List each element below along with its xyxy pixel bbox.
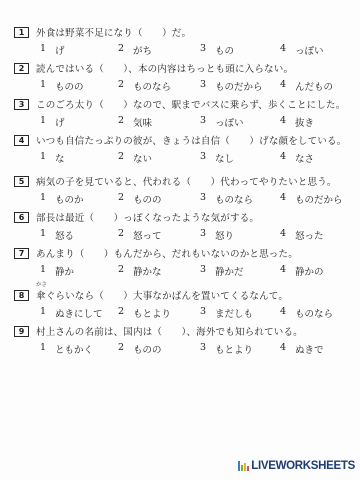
option-item[interactable]: 4ものなら xyxy=(280,306,360,320)
options-row: 1静か 2静かな 3静かだ 4静かの xyxy=(0,262,360,280)
option-item[interactable]: 3っぽい xyxy=(200,115,280,129)
option-item[interactable]: 4静かの xyxy=(280,264,360,278)
option-item[interactable]: 4なさ xyxy=(280,151,360,165)
question-stem: 読んではいる（ ）、本の内容はちっとも頭に入らない。 xyxy=(36,61,293,75)
question-number-box: 8 xyxy=(14,290,29,301)
liveworksheets-logo[interactable]: LIVEWORKSHEETS xyxy=(238,460,355,472)
question-stem: いつも自信たっぷりの彼が、きょうは自信（ ）げな顔をしている。 xyxy=(36,133,346,147)
option-item[interactable]: 2ものなら xyxy=(118,79,200,93)
option-item[interactable]: 2気味 xyxy=(118,115,200,129)
options-row: 1げ 2がち 3もの 4っぽい xyxy=(0,41,360,59)
option-item[interactable]: 2がち xyxy=(118,43,200,57)
question-6: 6 部長は最近（ ）っぽくなったような気がする。 1怒る 2怒って 3怒り 4怒… xyxy=(0,208,360,244)
option-item[interactable]: 2静かな xyxy=(118,264,200,278)
options-row: 1げ 2気味 3っぽい 4抜き xyxy=(0,113,360,131)
question-stem: 病気の子を見ていると、代われる（ ）代わってやりたいと思う。 xyxy=(36,174,337,188)
option-item[interactable]: 4んだもの xyxy=(280,79,360,93)
option-item[interactable]: 2もとより xyxy=(118,306,200,320)
option-item[interactable]: 4怒った xyxy=(280,228,360,242)
option-item[interactable]: 3ものなら xyxy=(200,192,280,206)
question-number-box: 3 xyxy=(14,99,29,110)
question-4: 4 いつも自信たっぷりの彼が、きょうは自信（ ）げな顔をしている。 1な 2ない… xyxy=(0,131,360,167)
logo-bar-blue xyxy=(238,461,240,471)
option-item[interactable]: 3もとより xyxy=(200,342,280,356)
question-2: 2 読んではいる（ ）、本の内容はちっとも頭に入らない。 1ものの 2ものなら … xyxy=(0,59,360,95)
option-item[interactable]: 1静か xyxy=(40,264,118,278)
option-item[interactable]: 4ぬきで xyxy=(280,342,360,356)
option-item[interactable]: 1ものか xyxy=(40,192,118,206)
options-row: 1ものか 2ものの 3ものなら 4ものだから xyxy=(0,190,360,208)
options-row: 1ものの 2ものなら 3ものだから 4んだもの xyxy=(0,77,360,95)
question-stem: 村上さんの名前は、国内は（ ）、海外でも知られている。 xyxy=(36,324,303,338)
option-item[interactable]: 1げ xyxy=(40,43,118,57)
option-item[interactable]: 1な xyxy=(40,151,118,165)
option-item[interactable]: 1ぬきにして xyxy=(40,306,118,320)
liveworksheets-logo-text: LIVEWORKSHEETS xyxy=(251,460,355,472)
logo-bar-yellow xyxy=(244,463,246,471)
option-item[interactable]: 3怒り xyxy=(200,228,280,242)
option-item[interactable]: 4抜き xyxy=(280,115,360,129)
option-item[interactable]: 4ものだから xyxy=(280,192,360,206)
option-item[interactable]: 4っぽい xyxy=(280,43,360,57)
question-number-box: 4 xyxy=(14,135,29,146)
question-number-box: 5 xyxy=(14,176,29,187)
question-3: 3 このごろ太り（ ）なので、駅までバスに乗らず、歩くことにした。 1げ 2気味… xyxy=(0,95,360,131)
question-stem: このごろ太り（ ）なので、駅までバスに乗らず、歩くことにした。 xyxy=(36,97,345,111)
question-number-box: 9 xyxy=(14,326,29,337)
question-number-box: 1 xyxy=(14,27,29,38)
options-row: 1ともかく 2ものの 3もとより 4ぬきで xyxy=(0,340,360,358)
question-number-box: 2 xyxy=(14,63,29,74)
option-item[interactable]: 1ものの xyxy=(40,79,118,93)
question-1: 1 外食は野菜不足になり（ ）だ。 1げ 2がち 3もの 4っぽい xyxy=(0,23,360,59)
option-item[interactable]: 1ともかく xyxy=(40,342,118,356)
option-item[interactable]: 2ものの xyxy=(118,342,200,356)
worksheet-page: 1 外食は野菜不足になり（ ）だ。 1げ 2がち 3もの 4っぽい 2 読んでは… xyxy=(0,0,360,358)
question-number-box: 7 xyxy=(14,248,29,259)
option-item[interactable]: 2ない xyxy=(118,151,200,165)
logo-bar-red xyxy=(247,466,249,471)
question-8: 8 かさ傘ぐらいなら（ ）大事なかばんを置いてくるなんて。 1ぬきにして 2もと… xyxy=(0,286,360,322)
question-stem: 部長は最近（ ）っぽくなったような気がする。 xyxy=(36,210,259,224)
option-item[interactable]: 1怒る xyxy=(40,228,118,242)
option-item[interactable]: 3まだしも xyxy=(200,306,280,320)
option-item[interactable]: 3もの xyxy=(200,43,280,57)
kanji-with-furigana: かさ傘 xyxy=(36,288,46,302)
options-row: 1怒る 2怒って 3怒り 4怒った xyxy=(0,226,360,244)
question-stem: かさ傘ぐらいなら（ ）大事なかばんを置いてくるなんて。 xyxy=(36,288,288,302)
furigana-text: かさ xyxy=(36,282,46,288)
option-item[interactable]: 1げ xyxy=(40,115,118,129)
question-number-box: 6 xyxy=(14,212,29,223)
option-item[interactable]: 3静かだ xyxy=(200,264,280,278)
liveworksheets-bars-icon xyxy=(238,461,249,472)
question-stem: 外食は野菜不足になり（ ）だ。 xyxy=(36,25,191,39)
options-row: 1ぬきにして 2もとより 3まだしも 4ものなら xyxy=(0,304,360,322)
option-item[interactable]: 2ものの xyxy=(118,192,200,206)
options-row: 1な 2ない 3なし 4なさ xyxy=(0,149,360,167)
option-item[interactable]: 2怒って xyxy=(118,228,200,242)
question-5: 5 病気の子を見ていると、代われる（ ）代わってやりたいと思う。 1ものか 2も… xyxy=(0,172,360,208)
option-item[interactable]: 3ものだから xyxy=(200,79,280,93)
question-stem: あんまり（ ）もんだから、だれもいないのかと思った。 xyxy=(36,246,298,260)
question-9: 9 村上さんの名前は、国内は（ ）、海外でも知られている。 1ともかく 2ものの… xyxy=(0,322,360,358)
logo-bar-green xyxy=(241,465,243,471)
question-7: 7 あんまり（ ）もんだから、だれもいないのかと思った。 1静か 2静かな 3静… xyxy=(0,244,360,280)
option-item[interactable]: 3なし xyxy=(200,151,280,165)
